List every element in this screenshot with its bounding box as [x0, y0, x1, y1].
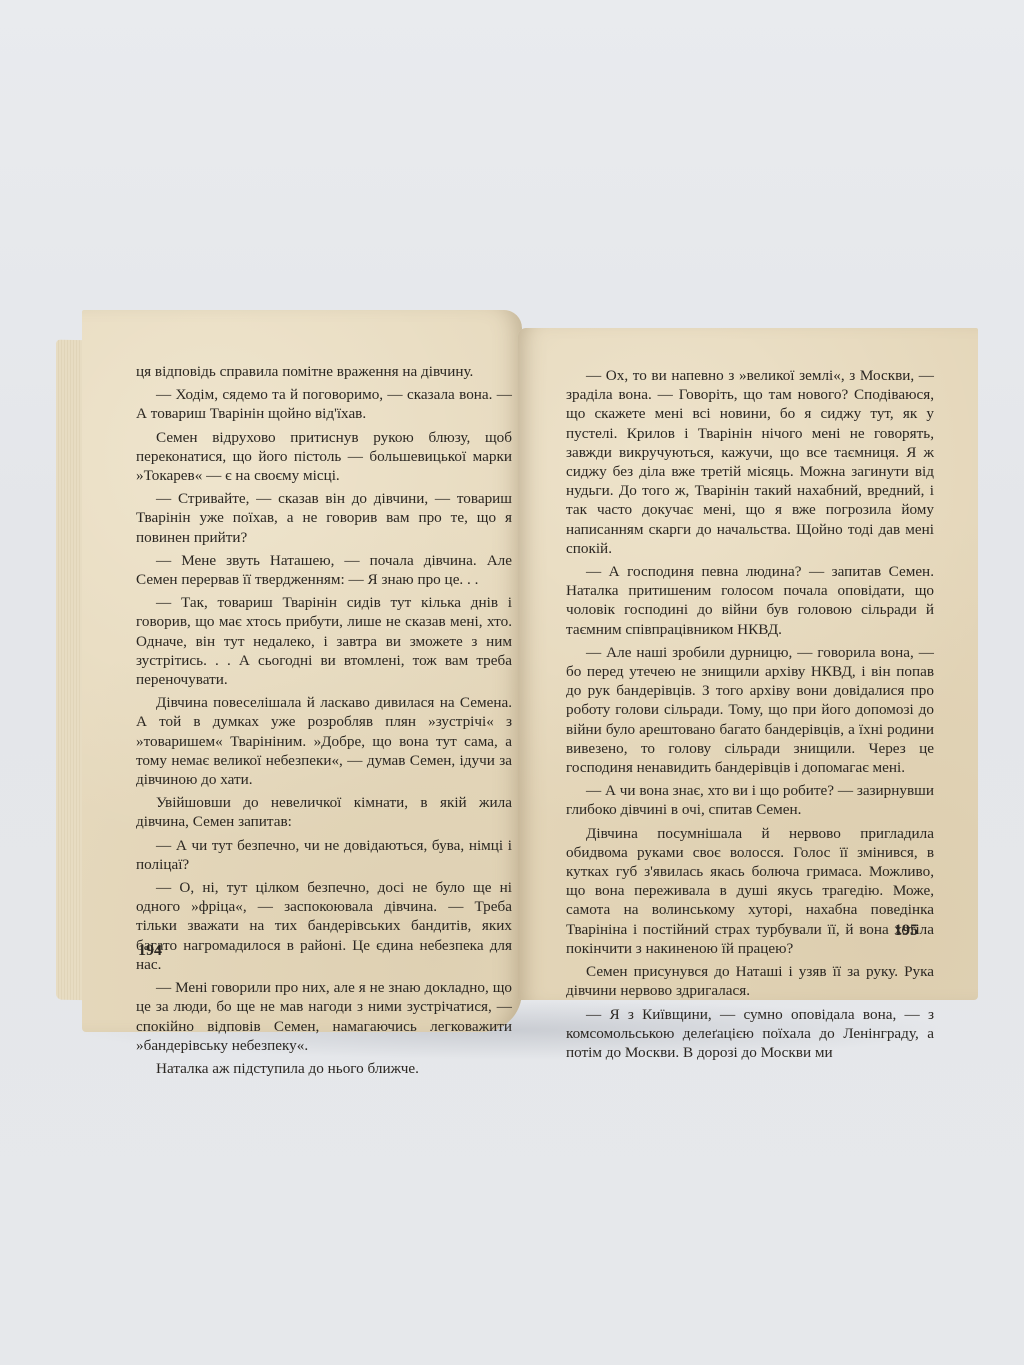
page-number-right: 195 — [894, 922, 918, 940]
paragraph: — Мені говорили про них, але я не знаю д… — [136, 978, 512, 1055]
paragraph: ця відповідь справила помітне враження н… — [136, 362, 512, 381]
paragraph: Дівчина повеселішала й ласкаво дивилася … — [136, 693, 512, 789]
paragraph: — Так, товариш Тварінін сидів тут кілька… — [136, 593, 512, 689]
paragraph: — А чи тут безпечно, чи не довідаються, … — [136, 836, 512, 874]
paragraph: — А господиня певна людина? — запитав Се… — [566, 562, 934, 639]
paragraph: — Ох, то ви напевно з »великої землі«, з… — [566, 366, 934, 558]
paragraph: — А чи вона знає, хто ви і що робите? — … — [566, 781, 934, 819]
paragraph: — О, ні, тут цілком безпечно, досі не бу… — [136, 878, 512, 974]
page-number-left: 194 — [138, 942, 162, 960]
paragraph: — Але наші зробили дурницю, — говорила в… — [566, 643, 934, 777]
right-page: — Ох, то ви напевно з »великої землі«, з… — [518, 328, 978, 1000]
paragraph: Семен відрухово притиснув рукою блюзу, щ… — [136, 428, 512, 486]
paragraph: — Я з Київщини, — сумно оповідала вона, … — [566, 1005, 934, 1063]
paragraph: Семен присунувся до Наташі і узяв її за … — [566, 962, 934, 1000]
paragraph: Наталка аж підступила до нього ближче. — [136, 1059, 512, 1078]
paragraph: — Мене звуть Наташею, — почала дівчина. … — [136, 551, 512, 589]
left-page-text: ця відповідь справила помітне враження н… — [136, 362, 512, 1082]
paragraph: Дівчина посумнішала й нервово пригладила… — [566, 824, 934, 958]
right-page-text: — Ох, то ви напевно з »великої землі«, з… — [566, 366, 934, 1066]
paragraph: Увійшовши до невеличкої кімнати, в якій … — [136, 793, 512, 831]
paragraph: — Ходім, сядемо та й поговоримо, — сказа… — [136, 385, 512, 423]
paragraph: — Стривайте, — сказав він до дівчини, — … — [136, 489, 512, 547]
left-page: ця відповідь справила помітне враження н… — [82, 310, 522, 1032]
